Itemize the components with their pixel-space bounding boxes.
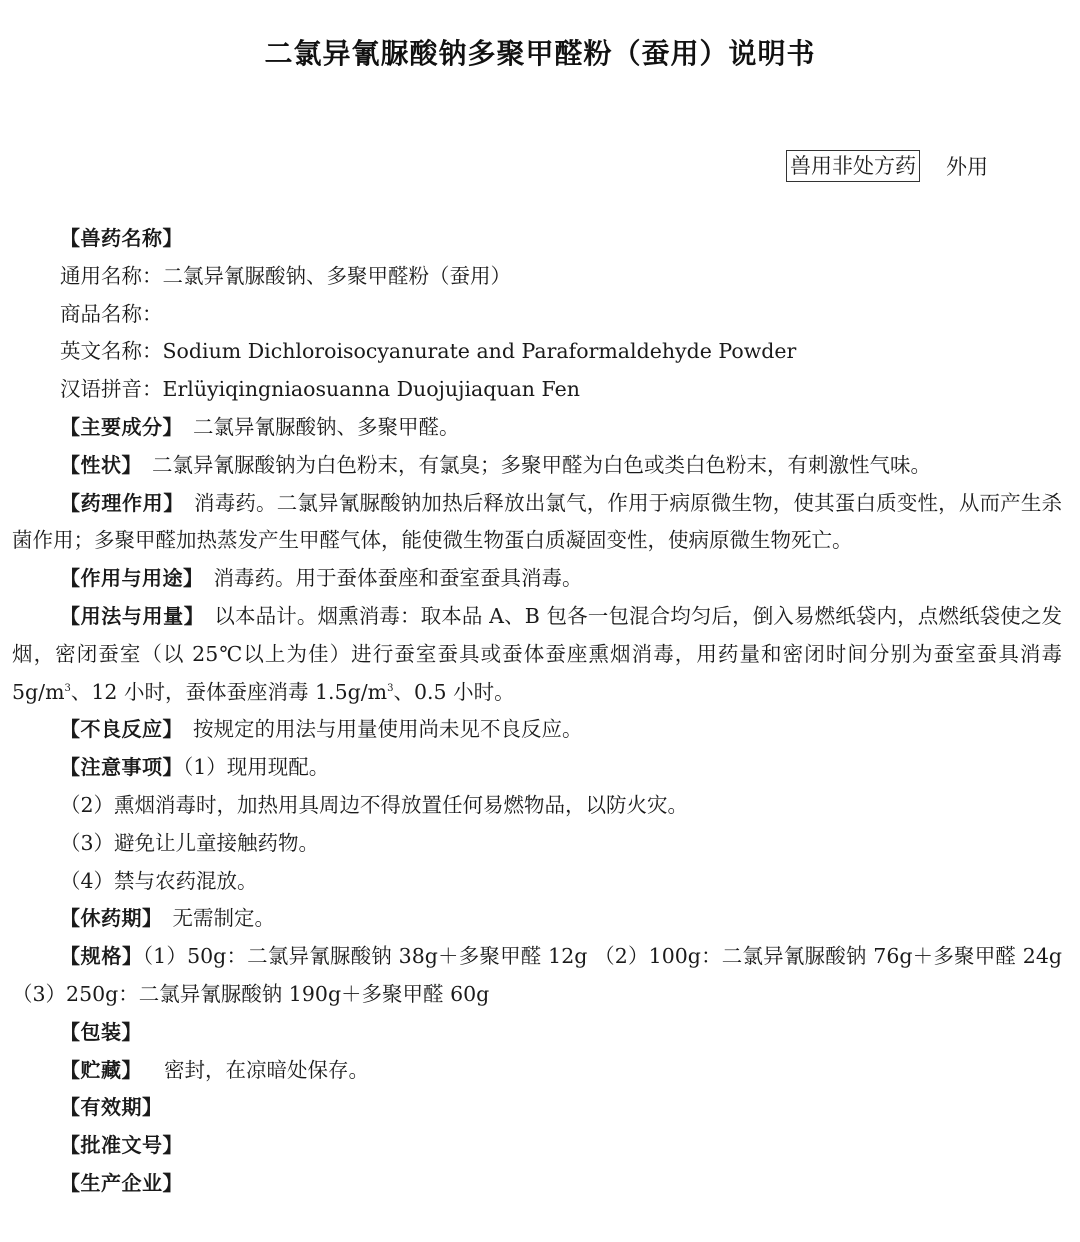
section-heading: 【规格】 xyxy=(60,944,143,968)
pinyin-row: 汉语拼音：Erlüyiqingniaosuanna Duojujiaquan F… xyxy=(12,371,1062,409)
section-approval: 【批准文号】 xyxy=(12,1127,1062,1165)
trade-name-label: 商品名称： xyxy=(60,302,163,326)
section-text: 、12 小时，蚕体蚕座消毒 1.5g/m xyxy=(71,680,387,704)
section-pharmacology: 【药理作用】消毒药。二氯异氰脲酸钠加热后释放出氯气，作用于病原微生物，使其蛋白质… xyxy=(12,485,1062,561)
english-name-label: 英文名称： xyxy=(60,339,163,363)
precaution-item: （2）熏烟消毒时，加热用具周边不得放置任何易燃物品，以防火灾。 xyxy=(12,787,1062,825)
section-specification: 【规格】（1）50g：二氯异氰脲酸钠 38g＋多聚甲醛 12g （2）100g：… xyxy=(12,938,1062,1014)
section-text: 二氯异氰脲酸钠为白色粉末，有氯臭；多聚甲醛为白色或类白色粉末，有刺激性气味。 xyxy=(152,453,931,477)
document-title: 二氯异氰脲酸钠多聚甲醛粉（蚕用）说明书 xyxy=(0,32,1080,72)
section-indications: 【作用与用途】消毒药。用于蚕体蚕座和蚕室蚕具消毒。 xyxy=(12,560,1062,598)
section-ingredients: 【主要成分】二氯异氰脲酸钠、多聚甲醛。 xyxy=(12,409,1062,447)
section-expiry: 【有效期】 xyxy=(12,1089,1062,1127)
precaution-item: （3）避免让儿童接触药物。 xyxy=(12,825,1062,863)
trade-name-row: 商品名称： xyxy=(12,296,1062,334)
section-packaging: 【包装】 xyxy=(12,1014,1062,1052)
usage-badge: 外用 xyxy=(946,151,988,181)
section-heading: 【性状】 xyxy=(60,453,142,477)
section-dosage: 【用法与用量】以本品计。烟熏消毒：取本品 A、B 包各一包混合均匀后，倒入易燃纸… xyxy=(12,598,1062,711)
section-storage: 【贮藏】密封，在凉暗处保存。 xyxy=(12,1052,1062,1090)
section-manufacturer: 【生产企业】 xyxy=(12,1165,1062,1203)
section-heading: 【批准文号】 xyxy=(60,1133,183,1157)
section-heading: 【休药期】 xyxy=(60,906,163,930)
section-withdrawal: 【休药期】无需制定。 xyxy=(12,900,1062,938)
section-heading: 【生产企业】 xyxy=(60,1171,183,1195)
section-heading: 【兽药名称】 xyxy=(60,226,183,250)
section-text: 密封，在凉暗处保存。 xyxy=(164,1058,369,1082)
pinyin-label: 汉语拼音： xyxy=(60,377,163,401)
section-heading: 【有效期】 xyxy=(60,1095,163,1119)
badge-row: 兽用非处方药 外用 xyxy=(786,150,988,182)
english-name-row: 英文名称：Sodium Dichloroisocyanurate and Par… xyxy=(12,333,1062,371)
section-text: 消毒药。用于蚕体蚕座和蚕室蚕具消毒。 xyxy=(214,566,583,590)
otc-badge: 兽用非处方药 xyxy=(786,150,920,182)
english-name-value: Sodium Dichloroisocyanurate and Paraform… xyxy=(163,339,797,363)
section-description: 【性状】二氯异氰脲酸钠为白色粉末，有氯臭；多聚甲醛为白色或类白色粉末，有刺激性气… xyxy=(12,447,1062,485)
section-heading: 【注意事项】 xyxy=(60,755,183,779)
section-text: 无需制定。 xyxy=(173,906,276,930)
section-precautions: 【注意事项】（1）现用现配。 xyxy=(12,749,1062,787)
section-heading: 【不良反应】 xyxy=(60,717,183,741)
section-heading: 【包装】 xyxy=(60,1020,142,1044)
precaution-item: （4）禁与农药混放。 xyxy=(12,863,1062,901)
generic-name-value: 二氯异氰脲酸钠、多聚甲醛粉（蚕用） xyxy=(163,264,512,288)
section-heading: 【用法与用量】 xyxy=(60,604,204,628)
section-adverse: 【不良反应】按规定的用法与用量使用尚未见不良反应。 xyxy=(12,711,1062,749)
section-text: 二氯异氰脲酸钠、多聚甲醛。 xyxy=(193,415,460,439)
generic-name-label: 通用名称： xyxy=(60,264,163,288)
section-name: 【兽药名称】 xyxy=(12,220,1062,258)
section-heading: 【作用与用途】 xyxy=(60,566,204,590)
precaution-item: （1）现用现配。 xyxy=(183,755,329,779)
section-text: 按规定的用法与用量使用尚未见不良反应。 xyxy=(193,717,583,741)
document-body: 【兽药名称】 通用名称：二氯异氰脲酸钠、多聚甲醛粉（蚕用） 商品名称： 英文名称… xyxy=(12,220,1062,1203)
section-heading: 【主要成分】 xyxy=(60,415,183,439)
section-text: 、0.5 小时。 xyxy=(393,680,514,704)
section-heading: 【贮藏】 xyxy=(60,1058,142,1082)
section-heading: 【药理作用】 xyxy=(60,491,184,515)
section-text: （1）50g：二氯异氰脲酸钠 38g＋多聚甲醛 12g （2）100g：二氯异氰… xyxy=(12,944,1062,1006)
generic-name-row: 通用名称：二氯异氰脲酸钠、多聚甲醛粉（蚕用） xyxy=(12,258,1062,296)
pinyin-value: Erlüyiqingniaosuanna Duojujiaquan Fen xyxy=(163,377,580,401)
